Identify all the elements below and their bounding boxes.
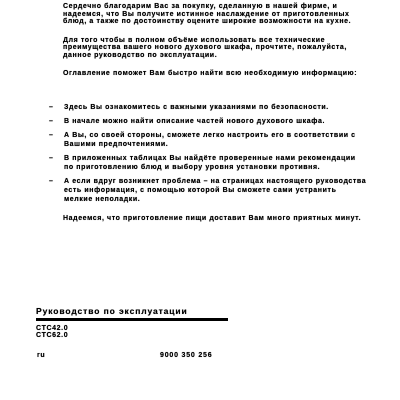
advice-paragraph: Для того чтобы в полном объёме использов… (63, 37, 367, 60)
closing-paragraph: Надеемся, что приготовление пищи достави… (63, 215, 367, 223)
body-text-column: Сердечно благодарим Вас за покупку, сдел… (63, 3, 367, 230)
model-code: CTC62.0 (36, 332, 276, 340)
list-item-text: В приложенных таблицах Вы найдёте провер… (64, 155, 356, 171)
bullet-list: – Здесь Вы ознакомитесь с важными указан… (63, 103, 367, 204)
list-item: – А Вы, со своей стороны, сможете легко … (63, 131, 367, 149)
dash-bullet-icon: – (49, 177, 54, 186)
list-item: – В начале можно найти описание частей н… (63, 117, 367, 126)
model-codes: CTC42.0 CTC62.0 (36, 325, 276, 340)
dash-bullet-icon: – (49, 131, 54, 140)
model-code: CTC42.0 (36, 325, 276, 333)
intro-paragraph: Сердечно благодарим Вас за покупку, сдел… (63, 3, 367, 26)
dash-bullet-icon: – (49, 154, 54, 163)
dash-bullet-icon: – (49, 103, 54, 112)
dash-bullet-icon: – (49, 117, 54, 126)
manual-page: Сердечно благодарим Вас за покупку, сдел… (0, 0, 400, 400)
document-number: 9000 350 256 (160, 352, 212, 359)
list-item: – Здесь Вы ознакомитесь с важными указан… (63, 103, 367, 112)
list-item-text: А если вдруг возникнет проблема – на стр… (64, 178, 366, 203)
title-rule (36, 318, 228, 321)
list-item: – В приложенных таблицах Вы найдёте пров… (63, 154, 367, 172)
manual-title: Руководство по эксплуатации (36, 306, 276, 316)
list-item-text: Здесь Вы ознакомитесь с важными указания… (64, 104, 329, 111)
language-code: ru (37, 352, 45, 359)
toc-note-paragraph: Оглавление поможет Вам быстро найти всю … (63, 70, 367, 78)
footer-row: ru 9000 350 256 (36, 352, 276, 361)
list-item-text: А Вы, со своей стороны, сможете легко на… (64, 132, 356, 148)
list-item: – А если вдруг возникнет проблема – на с… (63, 177, 367, 204)
footer-block: Руководство по эксплуатации CTC42.0 CTC6… (36, 306, 276, 361)
list-item-text: В начале можно найти описание частей нов… (64, 118, 325, 125)
